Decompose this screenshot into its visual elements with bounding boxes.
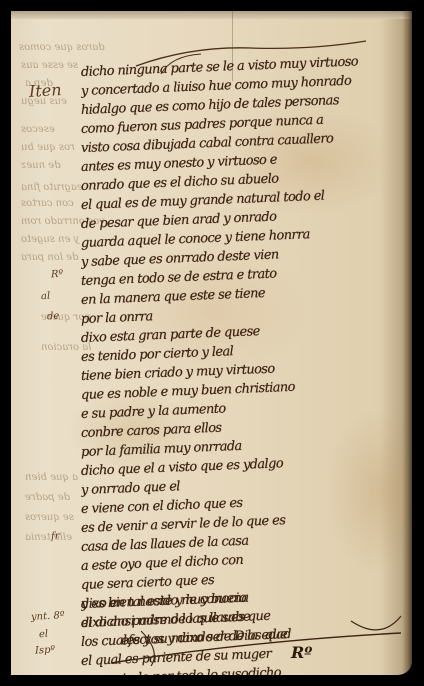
page-right-edge [402,11,412,675]
signature-rubric: Rº [291,643,312,662]
bleed-line: de lon para [21,251,78,264]
closing-text-block: dixo en tal este y le conocio dixo ansi … [81,595,411,652]
bleed-line: esecos [21,123,55,136]
bleed-line: eagruto fina [21,181,83,194]
bleed-line: se esse aus [21,59,78,72]
bleed-line: y en sugeto [21,233,79,246]
page-top-edge [11,11,412,19]
bleed-line: ros que bu [21,141,75,154]
margin-note: Rº [51,269,64,281]
bleed-line: de nuez [21,159,61,172]
margin-note: fr [51,531,60,542]
bleed-line: daros que comos [19,41,105,54]
margin-note: al [41,291,51,302]
bleed-line: elle tenia [25,531,72,544]
bleed-line: de padre [25,491,70,504]
margin-note: de [47,311,60,323]
margin-note: ynt. 8º [31,610,65,623]
margin-note: el [39,629,49,640]
manuscript-page: daros que comos se esse aus dep a eus ue… [11,11,412,675]
bleed-line: a que bien [25,471,78,484]
bleed-line: se queros [25,511,74,524]
margin-note: Iten [29,80,62,101]
bleed-line: con cartos [21,197,74,210]
margin-note: Ispº [35,644,56,656]
